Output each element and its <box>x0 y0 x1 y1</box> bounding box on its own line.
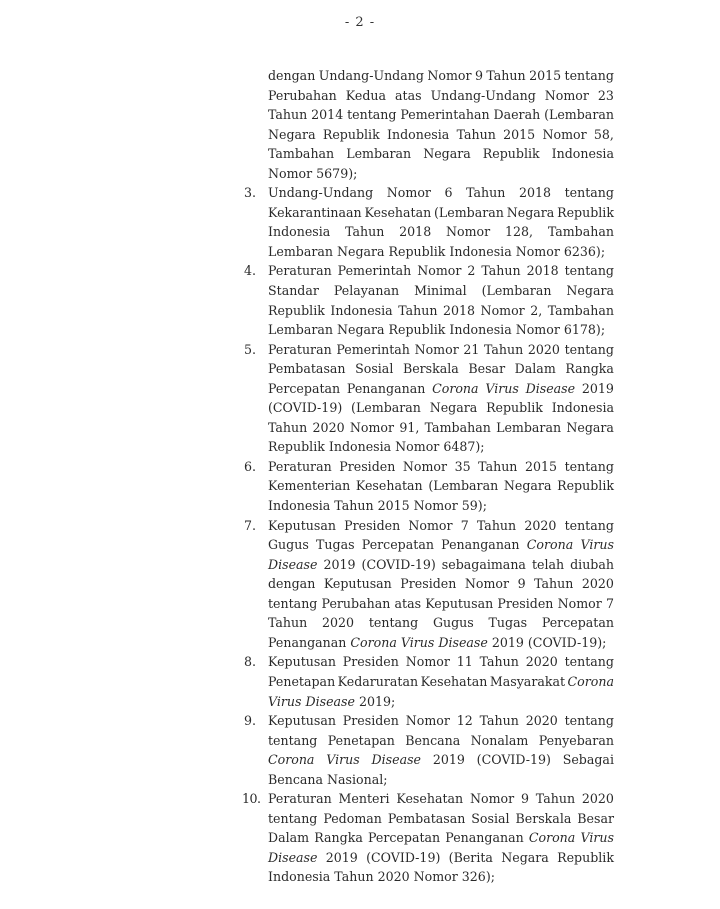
list-item: 6.PeraturanPresidenNomor35Tahun2015tenta… <box>244 457 614 516</box>
text-line: Undang-UndangNomor6Tahun2018tentang <box>268 183 614 203</box>
list-item: denganUndang-UndangNomor9Tahun2015tentan… <box>244 66 614 183</box>
text-line: tentangPenetapanBencanaNonalamPenyebaran <box>268 731 614 751</box>
text-line: PenetapanKedaruratanKesehatanMasyarakatC… <box>268 672 614 692</box>
item-number: 5. <box>244 340 256 360</box>
text-line: Tahun2020Nomor91,TambahanLembaranNegara <box>268 418 614 438</box>
text-line: KeputusanPresidenNomor11Tahun2020tentang <box>268 652 614 672</box>
list-item: 9.KeputusanPresidenNomor12Tahun2020tenta… <box>244 711 614 789</box>
list-item: 3.Undang-UndangNomor6Tahun2018tentangKek… <box>244 183 614 261</box>
text-line: IndonesiaTahun2015Nomor59); <box>268 496 614 516</box>
text-line: KekarantinaanKesehatan(LembaranNegaraRep… <box>268 203 614 223</box>
text-line: Tahun2020tentangGugusTugasPercepatan <box>268 613 614 633</box>
text-line: Disease2019(COVID-19)(BeritaNegaraRepubl… <box>268 848 614 868</box>
item-number: 10. <box>242 789 261 809</box>
text-line: RepublikIndonesiaNomor6487); <box>268 437 614 457</box>
list-item: 8.KeputusanPresidenNomor11Tahun2020tenta… <box>244 652 614 711</box>
list-item: 10.PeraturanMenteriKesehatanNomor9Tahun2… <box>244 789 614 887</box>
text-line: Tahun2014tentangPemerintahanDaerah(Lemba… <box>268 105 614 125</box>
text-line: denganUndang-UndangNomor9Tahun2015tentan… <box>268 66 614 86</box>
text-line: KementerianKesehatan(LembaranNegaraRepub… <box>268 476 614 496</box>
list-item: 4.PeraturanPemerintahNomor2Tahun2018tent… <box>244 261 614 339</box>
text-line: LembaranNegaraRepublikIndonesiaNomor6178… <box>268 320 614 340</box>
list-item: 5.PeraturanPemerintahNomor21Tahun2020ten… <box>244 340 614 457</box>
text-line: PerubahanKeduaatasUndang-UndangNomor23 <box>268 86 614 106</box>
text-line: IndonesiaTahun2018Nomor128,Tambahan <box>268 222 614 242</box>
page-number: - 2 - <box>0 15 720 30</box>
legal-basis-list: denganUndang-UndangNomor9Tahun2015tentan… <box>244 66 614 887</box>
text-line: StandarPelayananMinimal(LembaranNegara <box>268 281 614 301</box>
list-item: 7.KeputusanPresidenNomor7Tahun2020tentan… <box>244 516 614 653</box>
item-number: 8. <box>244 652 256 672</box>
text-line: tentangPedomanPembatasanSosialBerskalaBe… <box>268 809 614 829</box>
text-line: RepublikIndonesiaTahun2018Nomor2,Tambaha… <box>268 301 614 321</box>
text-line: Disease2019(COVID-19)sebagaimanatelahdiu… <box>268 555 614 575</box>
item-number: 3. <box>244 183 256 203</box>
item-number: 9. <box>244 711 256 731</box>
text-line: IndonesiaTahun2020Nomor326); <box>268 867 614 887</box>
text-line: GugusTugasPercepatanPenangananCoronaViru… <box>268 535 614 555</box>
text-line: NegaraRepublikIndonesiaTahun2015Nomor58, <box>268 125 614 145</box>
text-line: VirusDisease2019; <box>268 692 614 712</box>
text-line: DalamRangkaPercepatanPenangananCoronaVir… <box>268 828 614 848</box>
text-line: PeraturanPemerintahNomor21Tahun2020tenta… <box>268 340 614 360</box>
text-line: PeraturanMenteriKesehatanNomor9Tahun2020 <box>268 789 614 809</box>
text-line: TambahanLembaranNegaraRepublikIndonesia <box>268 144 614 164</box>
text-line: LembaranNegaraRepublikIndonesiaNomor6236… <box>268 242 614 262</box>
text-line: CoronaVirusDisease2019(COVID-19)Sebagai <box>268 750 614 770</box>
text-line: PercepatanPenangananCoronaVirusDisease20… <box>268 379 614 399</box>
text-line: PenangananCoronaVirusDisease2019(COVID-1… <box>268 633 614 653</box>
text-line: tentangPerubahanatasKeputusanPresidenNom… <box>268 594 614 614</box>
text-line: (COVID-19)(LembaranNegaraRepublikIndones… <box>268 398 614 418</box>
text-line: PeraturanPresidenNomor35Tahun2015tentang <box>268 457 614 477</box>
text-line: PeraturanPemerintahNomor2Tahun2018tentan… <box>268 261 614 281</box>
item-number: 7. <box>244 516 256 536</box>
text-line: KeputusanPresidenNomor12Tahun2020tentang <box>268 711 614 731</box>
item-number: 6. <box>244 457 256 477</box>
text-line: PembatasanSosialBerskalaBesarDalamRangka <box>268 359 614 379</box>
text-line: BencanaNasional; <box>268 770 614 790</box>
item-number: 4. <box>244 261 256 281</box>
text-line: denganKeputusanPresidenNomor9Tahun2020 <box>268 574 614 594</box>
text-line: KeputusanPresidenNomor7Tahun2020tentang <box>268 516 614 536</box>
text-line: Nomor5679); <box>268 164 614 184</box>
